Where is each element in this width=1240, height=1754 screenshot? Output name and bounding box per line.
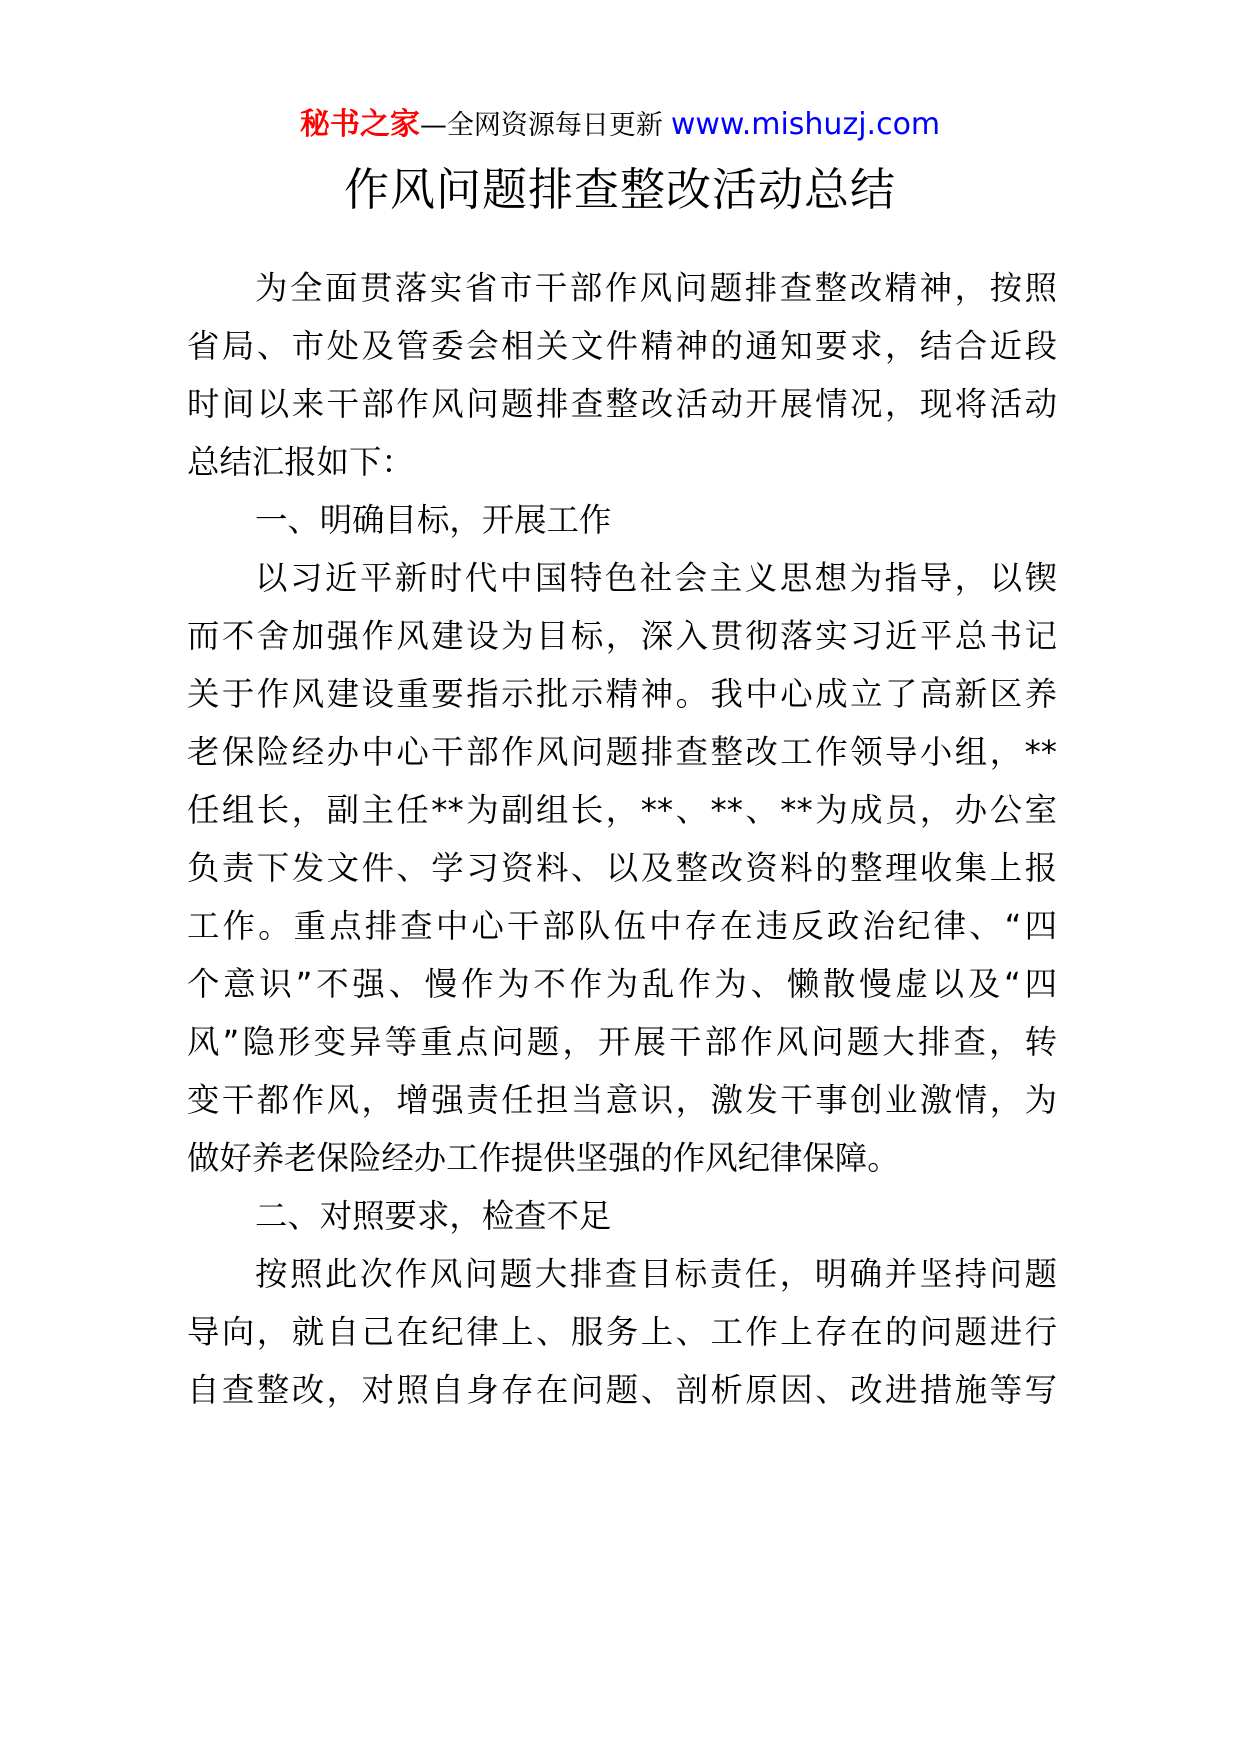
paragraph-line: 关于作风建设重要指示批示精神。我中心成立了高新区养 <box>187 674 1057 714</box>
paragraph-line: 任组长，副主任**为副组长，**、**、**为成员，办公室 <box>187 790 1057 830</box>
paragraph-line: 风”隐形变异等重点问题，开展干部作风问题大排查，转 <box>187 1022 1057 1062</box>
paragraph-line: 变干都作风，增强责任担当意识，激发干事创业激情，为 <box>187 1080 1057 1120</box>
section-heading-2: 二、对照要求，检查不足 <box>255 1196 611 1236</box>
paragraph-line: 省局、市处及管委会相关文件精神的通知要求，结合近段 <box>187 326 1057 366</box>
section-heading-1: 一、明确目标，开展工作 <box>255 500 611 540</box>
site-url-link[interactable]: www.mishuzj.com <box>671 107 940 142</box>
paragraph-line: 总结汇报如下： <box>187 442 1057 482</box>
paragraph-line: 为全面贯落实省市干部作风问题排查整改精神，按照 <box>255 268 1057 308</box>
brand-name: 秘书之家 <box>300 107 420 142</box>
paragraph-line: 负责下发文件、学习资料、以及整改资料的整理收集上报 <box>187 848 1057 888</box>
paragraph-line: 时间以来干部作风问题排查整改活动开展情况，现将活动 <box>187 384 1057 424</box>
paragraph-line: 自查整改，对照自身存在问题、剖析原因、改进措施等写 <box>187 1370 1057 1410</box>
document-page: 秘书之家—全网资源每日更新www.mishuzj.com 作风问题排查整改活动总… <box>0 0 1240 1754</box>
paragraph-line: 以习近平新时代中国特色社会主义思想为指导，以锲 <box>255 558 1057 598</box>
brand-slogan: —全网资源每日更新 <box>420 110 663 141</box>
paragraph-line: 按照此次作风问题大排查目标责任，明确并坚持问题 <box>255 1254 1057 1294</box>
site-banner: 秘书之家—全网资源每日更新www.mishuzj.com <box>0 104 1240 146</box>
document-title: 作风问题排查整改活动总结 <box>0 160 1240 220</box>
paragraph-line: 工作。重点排查中心干部队伍中存在违反政治纪律、“四 <box>187 906 1057 946</box>
paragraph-line: 而不舍加强作风建设为目标，深入贯彻落实习近平总书记 <box>187 616 1057 656</box>
paragraph-line: 做好养老保险经办工作提供坚强的作风纪律保障。 <box>187 1138 1057 1178</box>
paragraph-line: 老保险经办中心干部作风问题排查整改工作领导小组，** <box>187 732 1057 772</box>
paragraph-line: 导向，就自己在纪律上、服务上、工作上存在的问题进行 <box>187 1312 1057 1352</box>
paragraph-line: 个意识”不强、慢作为不作为乱作为、懒散慢虚以及“四 <box>187 964 1057 1004</box>
